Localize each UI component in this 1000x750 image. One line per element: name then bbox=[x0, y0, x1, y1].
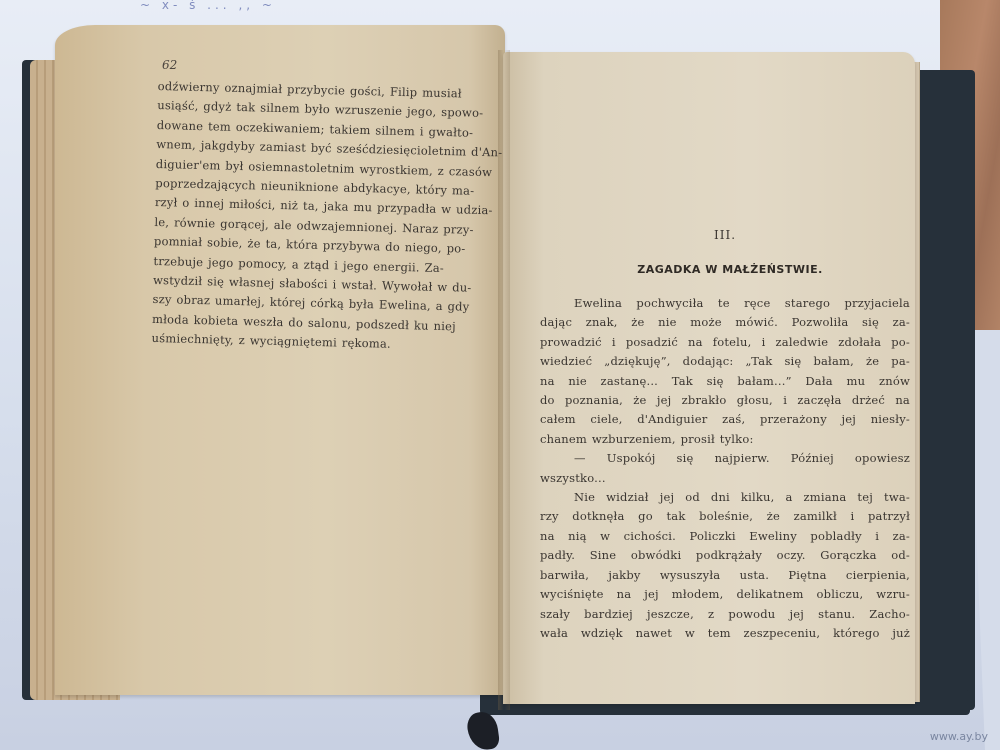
text-line: szały bardziej jeszcze, z powodu jej sta… bbox=[540, 605, 910, 624]
text-line: dając znak, że nie może mówić. Pozwoliła… bbox=[540, 313, 910, 332]
text-line: na nią w cichości. Policzki Eweliny pobl… bbox=[540, 527, 910, 546]
text-line: barwiła, jakby wysuszyła usta. Piętna ci… bbox=[540, 566, 910, 585]
text-line: Ewelina pochwyciła te ręce starego przyj… bbox=[540, 294, 910, 313]
text-line: Nie widział jej od dni kilku, a zmiana t… bbox=[540, 488, 910, 507]
text-line: wała wdzięk nawet w tem zeszpeceniu, któ… bbox=[540, 624, 910, 643]
text-line: — Uspokój się najpierw. Później opowiesz bbox=[540, 449, 910, 468]
right-page-text: Ewelina pochwyciła te ręce starego przyj… bbox=[540, 294, 910, 643]
text-line: wszystko... bbox=[540, 469, 910, 488]
chapter-title: ZAGADKA W MAŁŻEŃSTWIE. bbox=[590, 263, 870, 276]
text-line: prowadzić i posadzić na fotelu, i zaledw… bbox=[540, 333, 910, 352]
text-line: całem ciele, d'Andiguier zaś, przerażony… bbox=[540, 410, 910, 429]
text-line: wiedzieć „dziękuję”, dodając: „Tak się b… bbox=[540, 352, 910, 371]
text-line: wyciśnięte na jej młodem, delikatnem obl… bbox=[540, 585, 910, 604]
text-line: na nie zastanę... Tak się bałam...” Dała… bbox=[540, 372, 910, 391]
chapter-number: III. bbox=[680, 228, 770, 242]
text-line: chanem wzburzeniem, prosił tylko: bbox=[540, 430, 910, 449]
left-page-text: odźwierny oznajmiał przybycie gości, Fil… bbox=[151, 77, 504, 357]
text-line: do poznania, że jej zbrakło głosu, i zac… bbox=[540, 391, 910, 410]
text-line: padły. Sine obwódki podkrążały oczy. Gor… bbox=[540, 546, 910, 565]
watermark: www.ay.by bbox=[930, 730, 988, 743]
handwritten-note: ~ x- ṡ ... ,, ~ bbox=[140, 0, 440, 12]
text-line: rzy dotknęła go tak boleśnie, że zamilkł… bbox=[540, 507, 910, 526]
page-number: 62 bbox=[162, 58, 177, 72]
